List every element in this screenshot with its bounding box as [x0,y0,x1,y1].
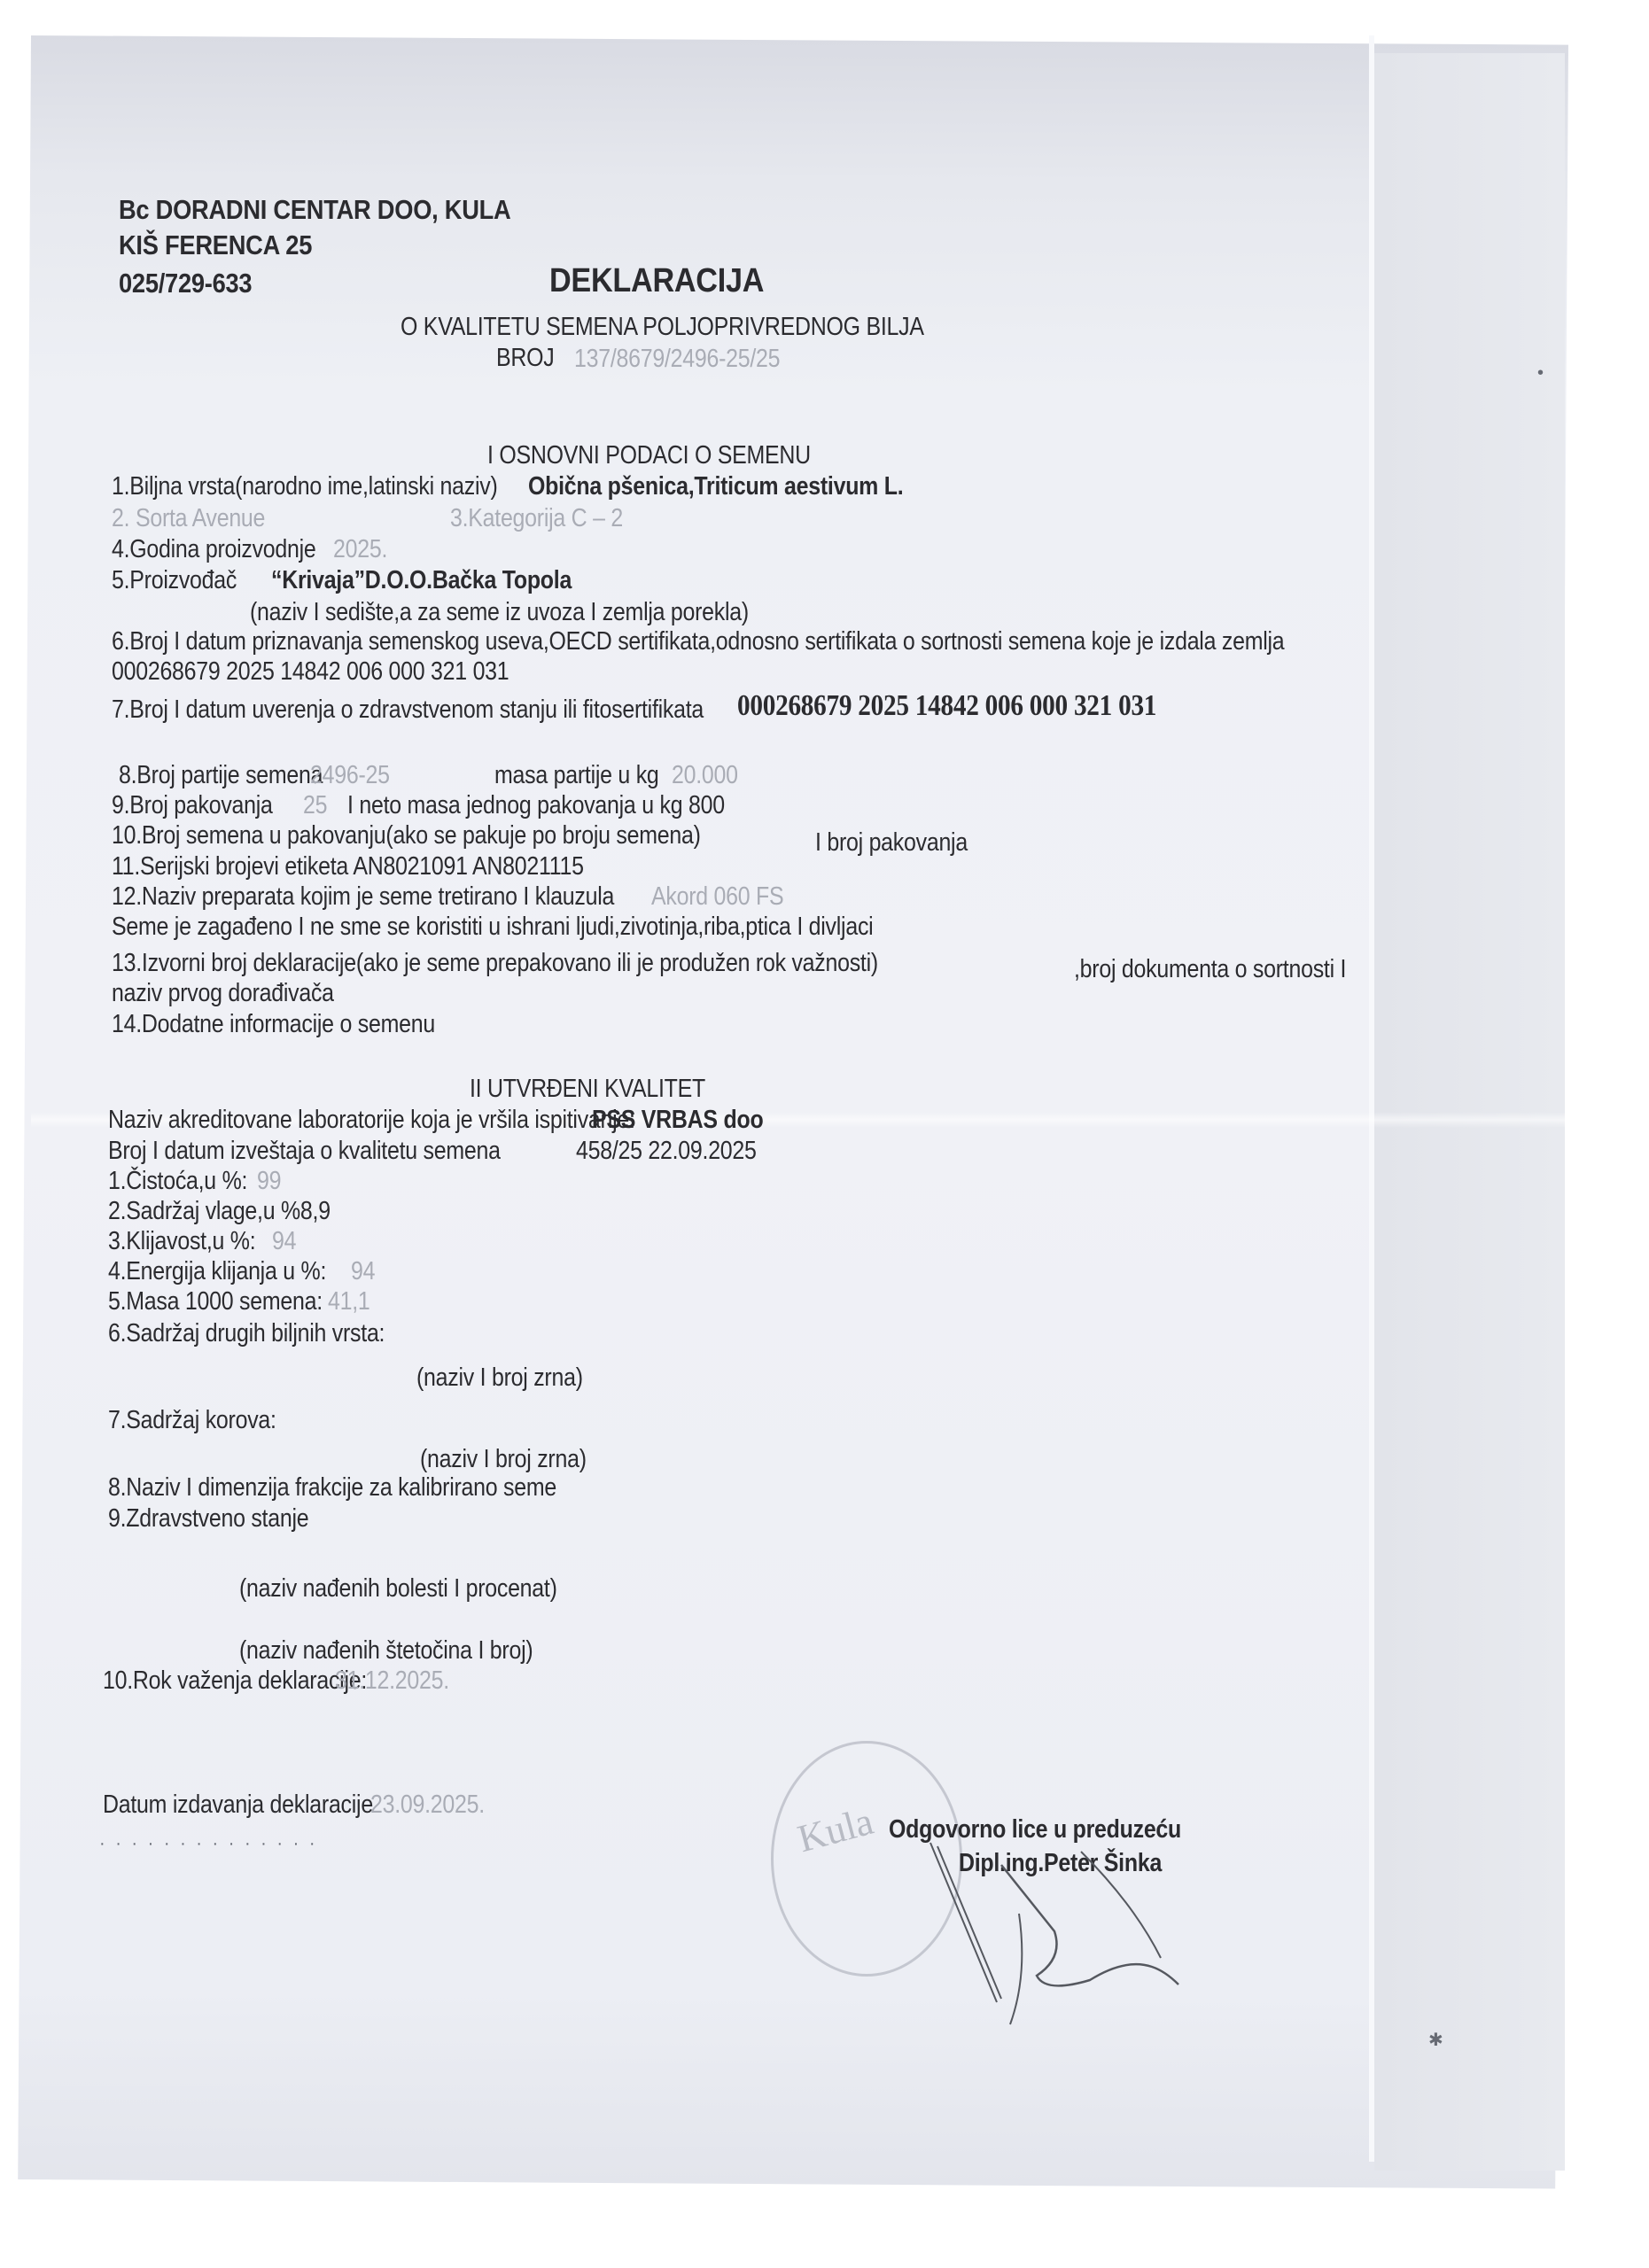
item6-value: 000268679 2025 14842 006 000 321 031 [112,656,509,687]
item8-mass-value: 20.000 [672,760,738,790]
other-species-label: 6.Sadržaj drugih biljnih vrsta: [108,1318,385,1348]
issue-date-value: 23.09.2025. [370,1790,485,1820]
document-number-label: BROJ [496,343,554,373]
item12-label: 12.Naziv preparata kojim je seme tretira… [112,882,614,912]
item5-note: (naziv I sedište,a za seme iz uvoza I ze… [250,597,749,627]
section1-heading: I OSNOVNI PODACI O SEMENU [487,440,811,470]
document-subtitle: O KVALITETU SEMENA POLJOPRIVREDNOG BILJA [401,312,924,342]
document-title: DEKLARACIJA [549,266,764,296]
item1-value: Obična pšenica,Triticum aestivum L. [528,471,903,501]
germination-energy-label: 4.Energija klijanja u %: [108,1256,326,1286]
seed-mass-value: 41,1 [328,1286,370,1317]
item9-net-mass: I neto masa jednog pakovanja u kg 800 [347,790,725,820]
validity-value: 31.12.2025. [335,1666,449,1696]
item8-value: 2496-25 [310,760,390,790]
germination-label: 3.Klijavost,u %: [108,1226,255,1256]
item3-category: 3.Kategorija C – 2 [450,503,623,533]
item7-label: 7.Broj I datum uverenja o zdravstvenom s… [112,695,704,725]
item10-label: 10.Broj semena u pakovanju(ako se pakuje… [112,820,701,850]
company-name: Bc DORADNI CENTAR DOO, KULA [119,195,510,225]
seed-mass-label: 5.Masa 1000 semena: [108,1286,323,1317]
item9-label: 9.Broj pakovanja [112,790,273,820]
report-value: 458/25 22.09.2025 [576,1136,757,1166]
company-phone: 025/729-633 [119,268,252,299]
item9-value: 25 [303,790,327,820]
item10-right: I broj pakovanja [815,827,968,858]
weeds-label: 7.Sadržaj korova: [108,1405,276,1435]
item8-label: 8.Broj partije semena [119,760,323,790]
item12-clause: Seme je zagađeno I ne sme se koristiti u… [112,912,873,942]
pests-note: (naziv nađenih štetočina I broj) [239,1635,533,1666]
purity-value: 99 [257,1166,281,1196]
item2-variety: 2. Sorta Avenue [112,503,265,533]
germination-value: 94 [272,1226,296,1256]
document-number: 137/8679/2496-25/25 [574,344,780,374]
lab-value: PSS VRBAS doo [592,1105,763,1135]
diseases-note: (naziv nađenih bolesti I procenat) [239,1573,557,1604]
faint-dotted-line: · · · · · · · · · · · · · · [99,1834,317,1854]
item13-label: 13.Izvorni broj deklaracije(ako je seme … [112,948,878,978]
report-label: Broj I datum izveštaja o kvalitetu semen… [108,1136,501,1166]
purity-label: 1.Čistoća,u %: [108,1166,247,1196]
issue-date-label: Datum izdavanja deklaracije [103,1790,373,1820]
health-label: 9.Zdravstveno stanje [108,1503,308,1534]
item5-label: 5.Proizvođač [112,565,237,595]
section2-heading: II UTVRĐENI KVALITET [470,1074,705,1104]
signature [913,1825,1205,2029]
lab-label: Naziv akreditovane laboratorije koja je … [108,1105,635,1135]
fraction-label: 8.Naziv I dimenzija frakcije za kalibrir… [108,1472,556,1503]
validity-label: 10.Rok važenja deklaracije: [103,1666,367,1696]
company-address: KIŠ FERENCA 25 [119,230,312,260]
scan-speck: • [1537,363,1544,384]
item13-right: ,broj dokumenta o sortnosti I [1074,954,1346,984]
item5-value: “Krivaja”D.O.O.Bačka Topola [271,565,572,595]
item14-label: 14.Dodatne informacije o semenu [112,1009,435,1039]
item13-continuation: naziv prvog dorađivača [112,978,334,1008]
item12-value: Akord 060 FS [651,882,783,912]
item11-serials: 11.Serijski brojevi etiketa AN8021091 AN… [112,851,584,882]
germination-energy-value: 94 [351,1256,375,1286]
item7-value: 000268679 2025 14842 006 000 321 031 [737,691,1156,721]
scan-speck: ✱ [1428,2029,1443,2051]
item1-label: 1.Biljna vrsta(narodno ime,latinski nazi… [112,471,498,501]
item4-value: 2025. [333,534,387,564]
weeds-note: (naziv I broj zrna) [420,1444,587,1474]
other-species-note: (naziv I broj zrna) [416,1363,583,1393]
item4-label: 4.Godina proizvodnje [112,534,316,564]
vertical-fold-line [1369,35,1374,2162]
item6-label: 6.Broj I datum priznavanja semenskog use… [112,626,1284,656]
moisture-label: 2.Sadržaj vlage,u %8,9 [108,1196,331,1226]
item8-mass-label: masa partije u kg [494,760,659,790]
